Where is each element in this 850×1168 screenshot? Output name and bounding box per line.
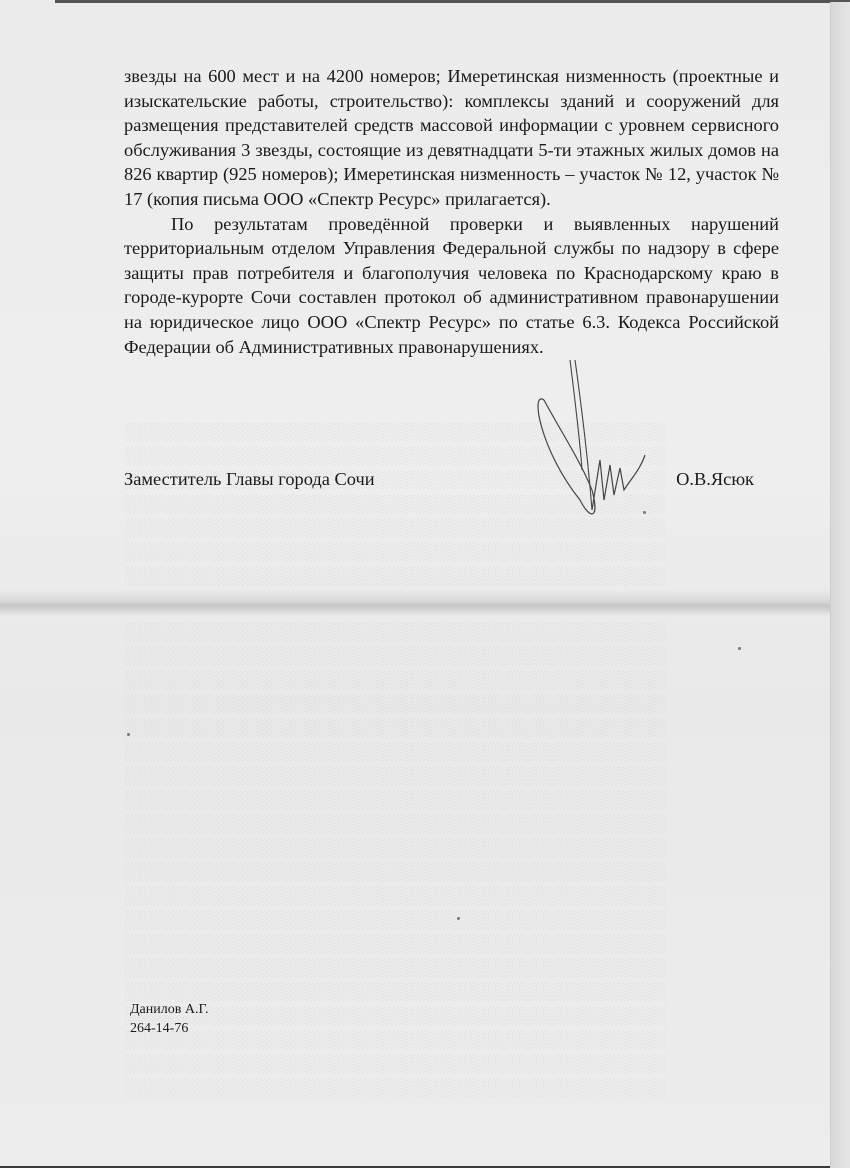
paper-fold-line [0, 590, 830, 616]
letter-body: звезды на 600 мест и на 4200 номеров; Им… [124, 64, 779, 359]
executor-name: Данилов А.Г. [130, 1000, 208, 1019]
scan-speck [457, 917, 460, 920]
signatory-position: Заместитель Главы города Сочи [124, 469, 375, 490]
scan-speck [738, 647, 741, 650]
scan-speck [643, 511, 646, 514]
executor-phone: 264-14-76 [130, 1019, 208, 1038]
paragraph-inspection-result: По результатам проведённой проверки и вы… [124, 212, 779, 360]
signatory-name: О.В.Ясюк [676, 469, 754, 490]
handwritten-signature [530, 360, 700, 530]
bleed-through-text-lower: ░░░░░░░░░░░░░░░░░░░░░░░░░░░░░░░░░░░░░░░░… [124, 620, 779, 1100]
paragraph-objects-list: звезды на 600 мест и на 4200 номеров; Им… [124, 64, 779, 212]
scan-right-edge [830, 2, 850, 1168]
scan-speck [127, 733, 130, 736]
executor-info: Данилов А.Г. 264-14-76 [130, 1000, 208, 1038]
scan-top-edge [55, 0, 850, 3]
